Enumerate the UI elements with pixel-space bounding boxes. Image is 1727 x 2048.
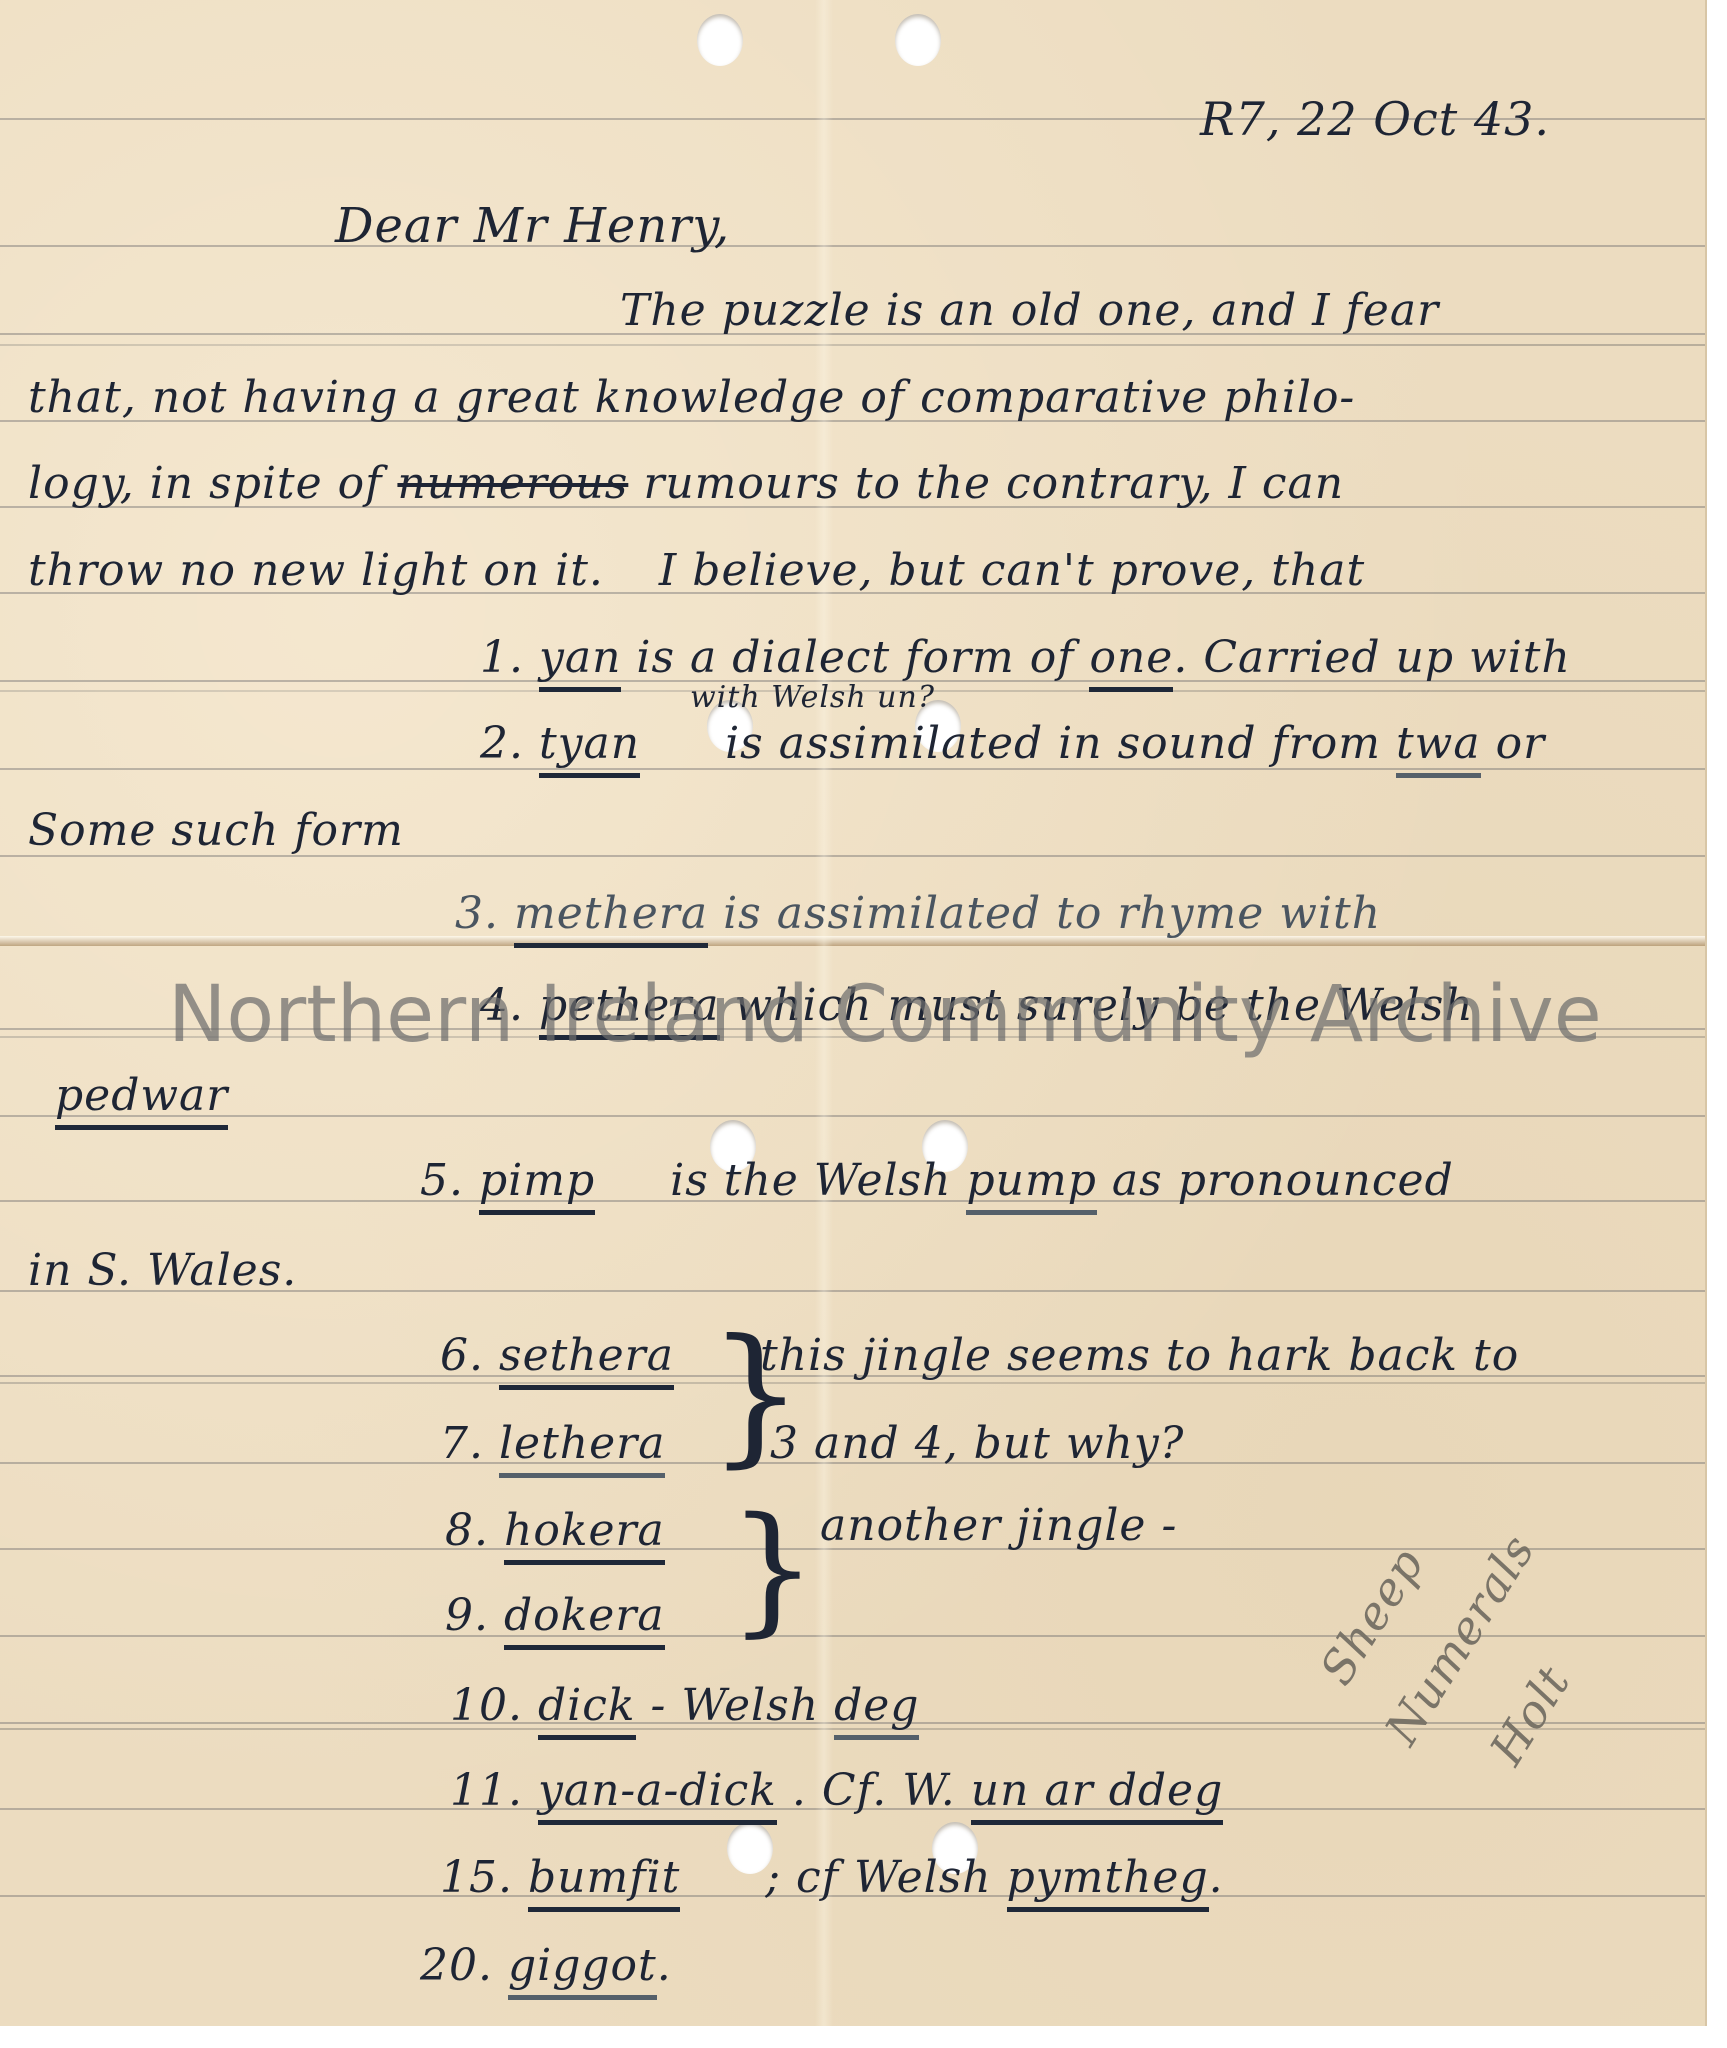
interlinear-note: with Welsh un? bbox=[690, 680, 935, 715]
welsh-word: pedwar bbox=[55, 1070, 228, 1130]
jingle-comment-3: another jingle - bbox=[820, 1500, 1177, 1551]
body-line-3: logy, in spite of numerous rumours to th… bbox=[28, 458, 1344, 509]
item-number: 8. bbox=[445, 1505, 489, 1556]
item-tail: as pronounced bbox=[1112, 1155, 1454, 1206]
body-line-4: throw no new light on it. I believe, but… bbox=[28, 545, 1365, 596]
item-comment: is a dialect form of bbox=[636, 632, 1074, 683]
item-comment: ; cf Welsh bbox=[765, 1852, 991, 1903]
ruled-line bbox=[0, 1115, 1705, 1117]
reference-word: un ar ddeg bbox=[971, 1765, 1223, 1825]
item-number: 10. bbox=[450, 1680, 523, 1731]
body-line-3-start: logy, in spite of bbox=[28, 458, 382, 509]
dialect-word: dokera bbox=[504, 1590, 665, 1650]
dialect-word: methera bbox=[514, 888, 708, 948]
numeral-item-1: 1. yan is a dialect form of one. Carried… bbox=[480, 632, 1571, 683]
date-line: R7, 22 Oct 43. bbox=[1200, 92, 1550, 146]
struck-word: numerous bbox=[397, 458, 628, 509]
dialect-word: dick bbox=[538, 1680, 636, 1740]
item-comment: is the Welsh bbox=[670, 1155, 951, 1206]
reference-word: deg bbox=[834, 1680, 919, 1740]
item-number: 6. bbox=[440, 1330, 484, 1381]
dialect-word: sethera bbox=[499, 1330, 674, 1390]
dialect-word: lethera bbox=[499, 1418, 665, 1478]
dialect-word: bumfit bbox=[528, 1852, 680, 1912]
item-comment: is assimilated to rhyme with bbox=[723, 888, 1381, 939]
punch-hole bbox=[697, 14, 743, 66]
dialect-word: tyan bbox=[539, 718, 640, 778]
item-tail: . bbox=[1209, 1852, 1224, 1903]
item-number: 20. bbox=[420, 1940, 493, 1991]
brace-bracket: } bbox=[728, 1500, 817, 1640]
dialect-word: yan-a-dick bbox=[538, 1765, 777, 1825]
archive-watermark: Northern Ireland Community Archive bbox=[168, 970, 1602, 1060]
numeral-item-20: 20. giggot. bbox=[420, 1940, 672, 1991]
dialect-word: pimp bbox=[479, 1155, 595, 1215]
item-number: 11. bbox=[450, 1765, 523, 1816]
continuation-line: in S. Wales. bbox=[28, 1245, 297, 1296]
item-comment: . Cf. W. bbox=[792, 1765, 956, 1816]
body-line-4-start: throw no new light on it. bbox=[28, 545, 604, 596]
dialect-word: yan bbox=[539, 632, 621, 692]
reference-word: one bbox=[1089, 632, 1173, 692]
item-number: 5. bbox=[420, 1155, 464, 1206]
body-line-2: that, not having a great knowledge of co… bbox=[28, 372, 1355, 423]
pencil-note-line-3: Holt bbox=[1479, 1656, 1580, 1774]
body-line-1: The puzzle is an old one, and I fear bbox=[620, 285, 1439, 336]
reference-word: pump bbox=[966, 1155, 1096, 1215]
dialect-word: hokera bbox=[504, 1505, 665, 1565]
item-comment: - Welsh bbox=[651, 1680, 820, 1731]
body-line-3-end: rumours to the contrary, I can bbox=[643, 458, 1344, 509]
item-number: 1. bbox=[480, 632, 524, 683]
numeral-item-10: 10. dick - Welsh deg bbox=[450, 1680, 919, 1731]
numeral-item-6: 6. sethera bbox=[440, 1330, 674, 1381]
numeral-item-9: 9. dokera bbox=[445, 1590, 665, 1641]
letter-page: R7, 22 Oct 43. Dear Mr Henry, The puzzle… bbox=[0, 0, 1705, 2026]
salutation: Dear Mr Henry, bbox=[335, 198, 730, 254]
item-tail: . bbox=[657, 1940, 672, 1991]
welsh-word-pedwar: pedwar bbox=[55, 1070, 228, 1121]
item-comment: is assimilated in sound from bbox=[725, 718, 1381, 769]
dialect-word: giggot bbox=[508, 1940, 657, 2000]
reference-word: twa bbox=[1396, 718, 1481, 778]
numeral-item-15: 15. bumfit ; cf Welsh pymtheg. bbox=[440, 1852, 1224, 1903]
item-number: 7. bbox=[440, 1418, 484, 1469]
item-number: 3. bbox=[455, 888, 499, 939]
item-number: 2. bbox=[480, 718, 524, 769]
item-number: 15. bbox=[440, 1852, 513, 1903]
jingle-comment-1: this jingle seems to hark back to bbox=[760, 1330, 1519, 1381]
ruled-line bbox=[0, 245, 1705, 247]
body-line-4-end: I believe, but can't prove, that bbox=[659, 545, 1365, 596]
reference-word: pymtheg bbox=[1007, 1852, 1209, 1912]
item-tail: . Carried up with bbox=[1173, 632, 1570, 683]
item-tail: or bbox=[1496, 718, 1546, 769]
numeral-item-8: 8. hokera bbox=[445, 1505, 665, 1556]
numeral-item-2: 2. tyan is assimilated in sound from twa… bbox=[480, 718, 1545, 769]
numeral-item-5: 5. pimp is the Welsh pump as pronounced bbox=[420, 1155, 1454, 1206]
punch-hole bbox=[895, 14, 941, 66]
numeral-item-3: 3. methera is assimilated to rhyme with bbox=[455, 888, 1381, 939]
continuation-line: Some such form bbox=[28, 805, 404, 856]
jingle-comment-2: 3 and 4, but why? bbox=[770, 1418, 1184, 1469]
numeral-item-7: 7. lethera bbox=[440, 1418, 665, 1469]
brace-bracket: } bbox=[708, 1320, 803, 1470]
item-number: 9. bbox=[445, 1590, 489, 1641]
numeral-item-11: 11. yan-a-dick . Cf. W. un ar ddeg bbox=[450, 1765, 1223, 1816]
